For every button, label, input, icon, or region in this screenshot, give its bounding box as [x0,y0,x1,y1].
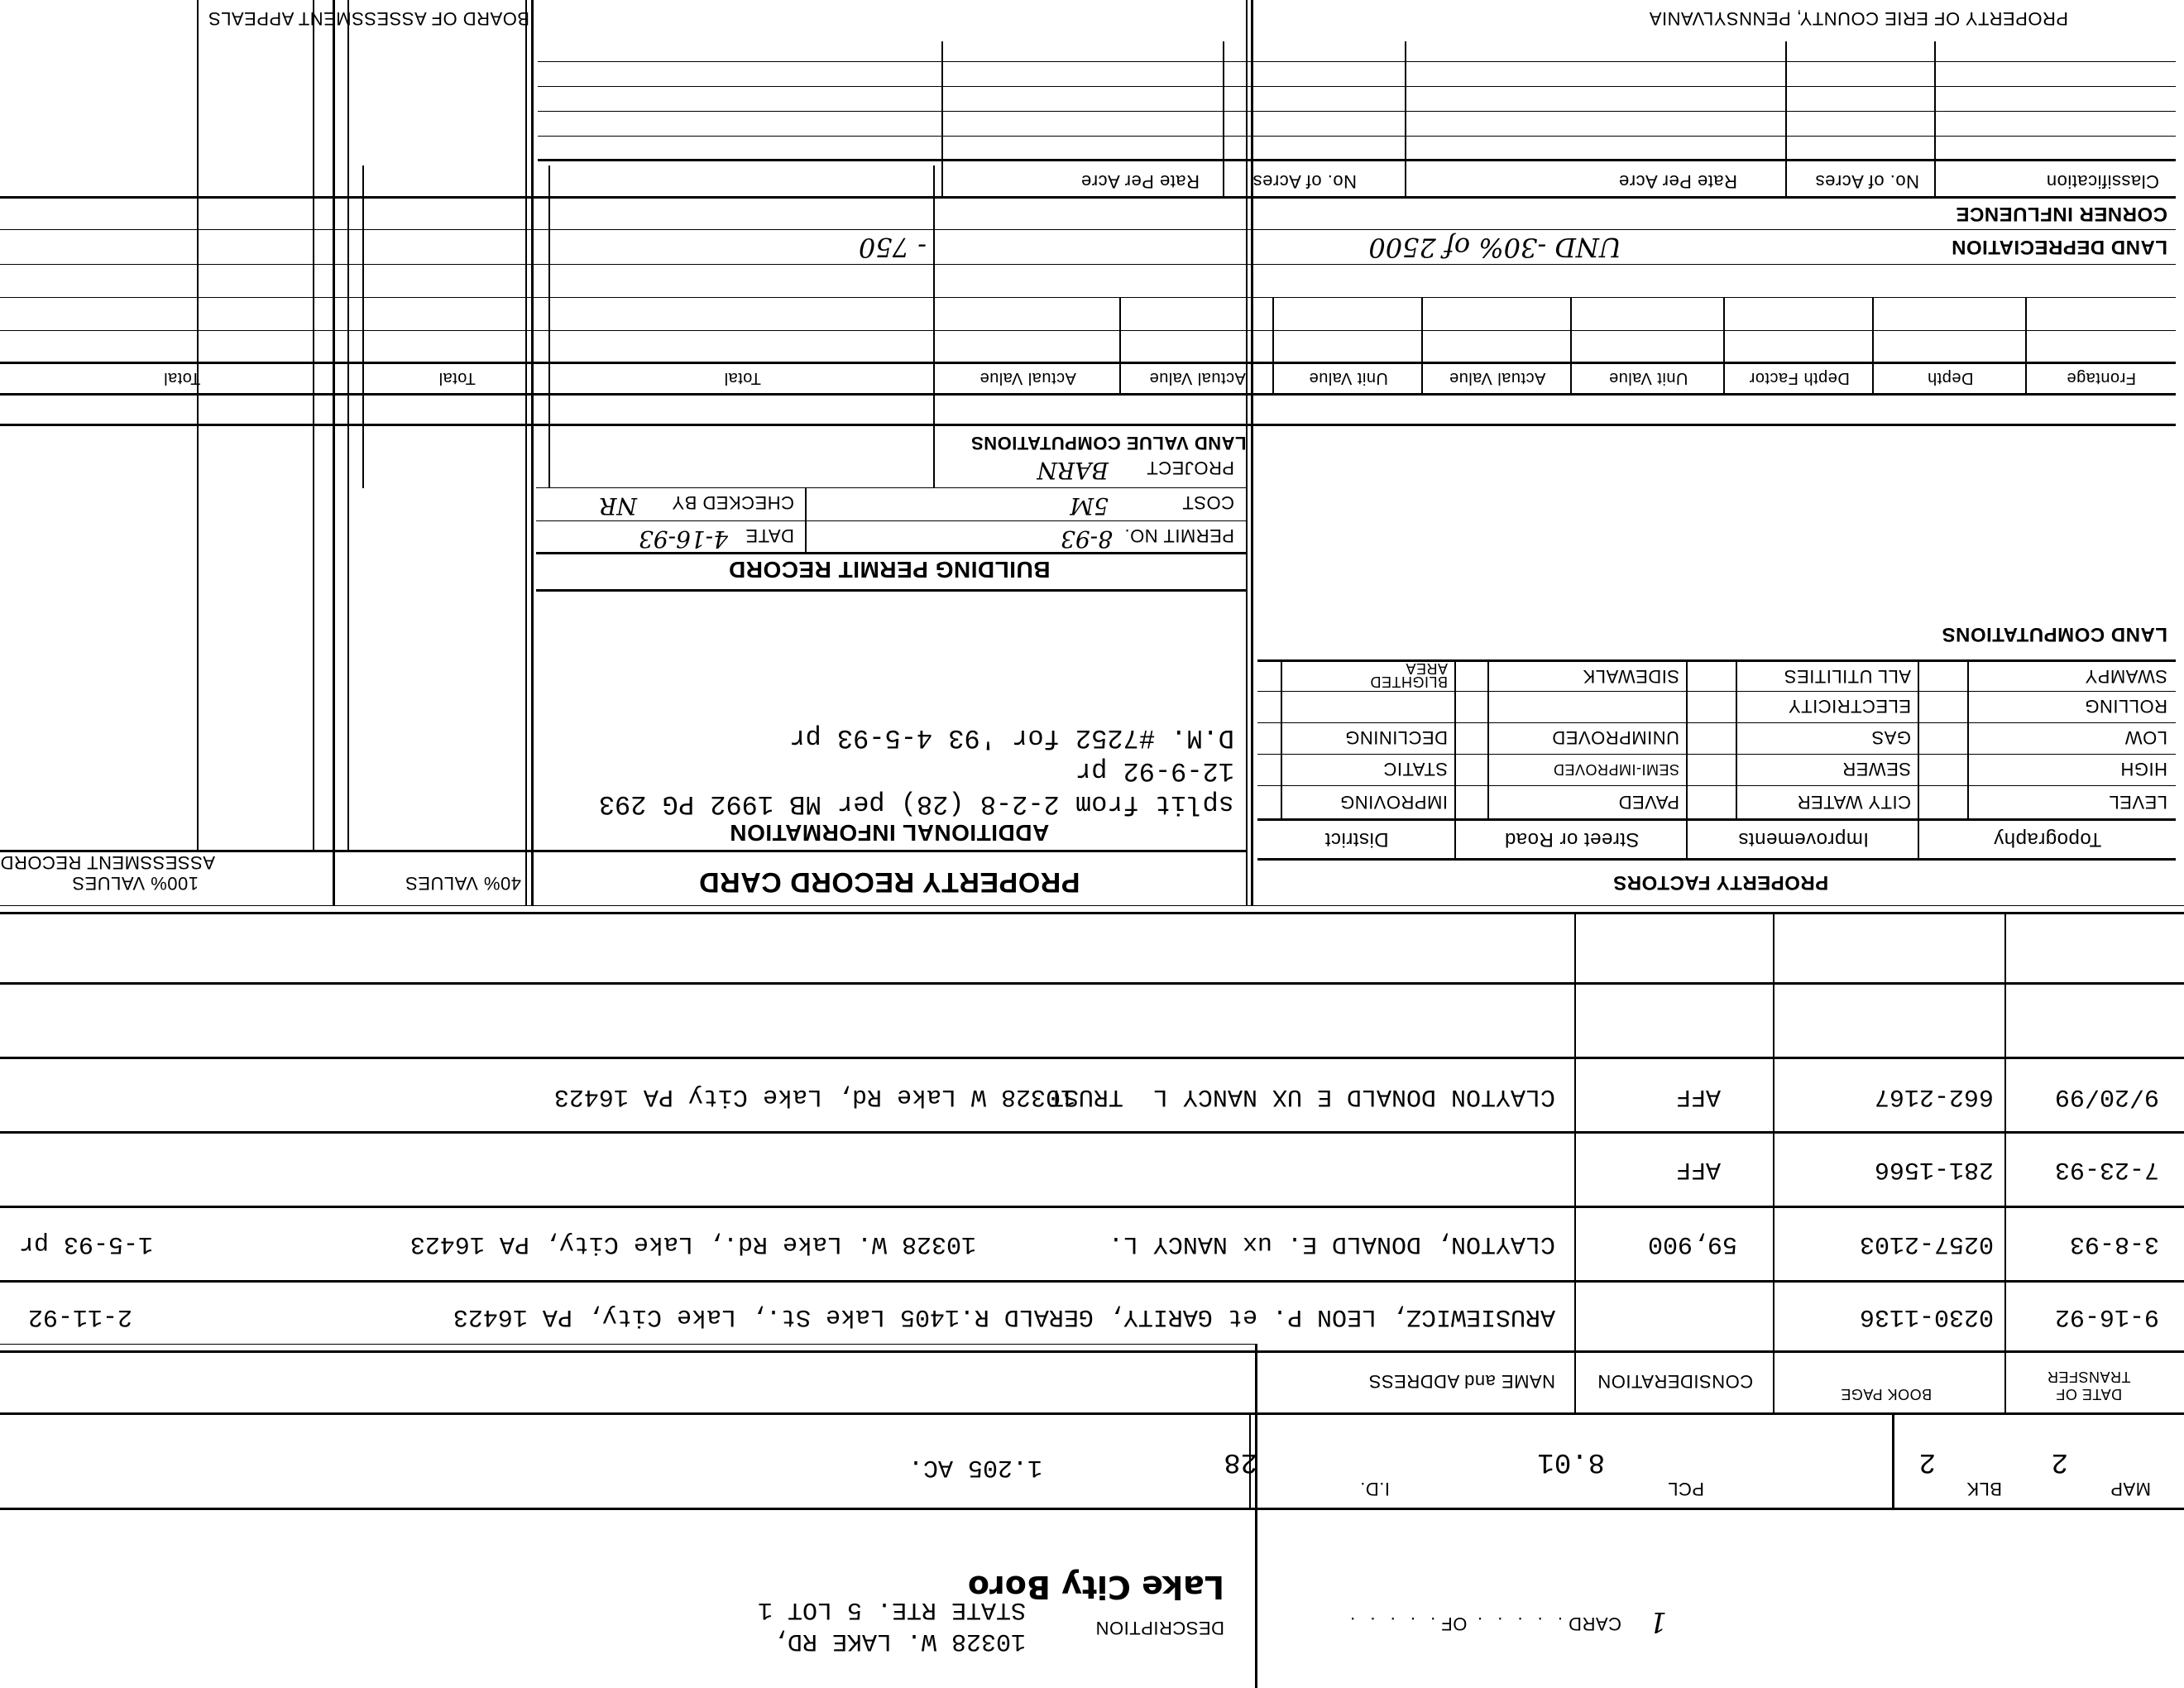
factor-unimproved: UNIMPROVED [1552,727,1679,748]
factor-rolling: ROLLING [2085,695,2167,717]
permit-date-label: DATE [745,525,794,546]
description-line-1: 10328 W. LAKE RD, [773,1627,1026,1655]
factors-col-improvements: Improvements [1688,827,1919,851]
transfer-date: 3-8-93 [2070,1230,2159,1258]
name-address-header: NAME and ADDRESS [1368,1370,1555,1392]
transfer-consideration: AFF [1676,1082,1721,1110]
transfer-name: ARUSIEWICZ, LEON P. et GARITY, GERALD R. [960,1302,1555,1331]
project-value: BARN [1037,457,1109,484]
property-record-card: CARD . . . . . OF . . . . . 1 Lake City … [0,0,2184,1688]
id-label: I.D. [1360,1478,1390,1499]
factor-city-water: CITY WATER [1797,791,1911,813]
checked-by-value: NR [599,492,637,520]
map-label: MAP [2110,1478,2151,1499]
cost-value: 5M [1070,492,1109,520]
pcl-label: PCL [1668,1478,1704,1499]
project-label: PROJECT [1147,457,1234,478]
lvc-header-depth-factor: Depth Factor [1725,368,1874,387]
land-computations-title: LAND COMPUTATIONS [1942,622,2167,645]
factor-declining: DECLINING [1345,727,1448,748]
blk-value: 2 [1919,1446,1936,1477]
factor-electricity: ELECTRICITY [1788,695,1911,717]
transfer-note: 2-11-92 [28,1302,132,1331]
assessment-record-title: ASSESSMENT RECORD [0,851,215,873]
acreage-header-acres-2: No. of Acres [1252,170,1357,192]
county-caption: PROPERTY OF ERIE COUNTY, PENNSYLVANIA [1649,7,2068,29]
appeals-caption: BOARD OF ASSESSMENT APPEALS [208,7,529,29]
property-factors-title: PROPERTY FACTORS [1257,870,2184,894]
values-40-label: 40% VALUES [405,872,521,894]
description-label-text: DESCRIPTION [1095,1618,1224,1638]
lvc-header-total-1: Total [550,368,935,387]
description-block: DESCRIPTION [66,1650,1224,1671]
factor-sidewalk: SIDEWALK [1583,665,1679,687]
date-of-transfer-header: DATE OF TRANSFER [2019,1368,2159,1403]
transfer-address: 10328 W Lake Rd, Lake City PA 16423 [554,1082,1075,1110]
checked-by-label: CHECKED BY [672,492,794,513]
building-permit-title: BUILDING PERMIT RECORD [534,556,1245,583]
land-value-computations-title: LAND VALUE COMPUTATIONS [695,432,1522,453]
permit-no-value: 8-93 [1061,525,1113,553]
transfer-book-page: 662-2167 [1875,1082,1994,1110]
factor-static: STATIC [1383,758,1448,779]
transfer-consideration: 59,900 [1648,1230,1737,1258]
acreage-header-rate-1: Rate Per Acre [1619,170,1737,192]
land-depreciation-note: UND -30% of 2500 [1368,232,1621,263]
of-label-text: OF [1441,1614,1468,1634]
land-depreciation-amount: - 750 [859,232,927,263]
pcl-value: 8.01 [1537,1446,1605,1477]
card-label-text: CARD [1569,1614,1621,1634]
values-100-label: 100% VALUES [72,872,199,894]
lvc-header-unit-value: Unit Value [1572,368,1725,387]
corner-influence-label: CORNER INFLUENCE [1956,202,2167,225]
lvc-header-unit-value-2: Unit Value [1274,368,1423,387]
consideration-header: CONSIDERATION [1580,1370,1770,1392]
lvc-header-total-2: Total [364,368,550,387]
factors-col-street: Street or Road [1456,827,1688,851]
blk-label: BLK [1966,1478,2002,1499]
factors-col-topography: Topography [1919,827,2176,851]
transfer-consideration: AFF [1676,1155,1721,1183]
additional-info-line-2: 12-9-92 pr [1075,755,1234,786]
transfer-note: 1-5-93 pr [19,1230,153,1258]
description-line-2: STATE RTE. 5 LOT 1 [758,1595,1026,1623]
transfer-address: 10328 W. Lake Rd., Lake City, PA 16423 [410,1230,976,1258]
card-label: CARD . . . . . OF . . . . . [1345,1613,1621,1634]
transfer-date: 7-23-93 [2055,1155,2159,1183]
additional-info-line-1: split from 2-2-8 (28) per MB 1992 PG 293 [599,789,1234,819]
factor-blighted-area: BLIGHTED AREA [1340,662,1448,688]
transfer-date: 9-16-92 [2055,1302,2159,1331]
factor-gas: GAS [1871,727,1911,748]
lvc-header-total-3: Total [0,368,364,387]
transfer-name: CLAYTON, DONALD E. ux NANCY L. [1109,1230,1555,1258]
factor-all-utilities: ALL UTILITIES [1784,665,1911,687]
book-page-header: BOOK PAGE [1837,1385,1936,1403]
transfer-book-page: 0257-2103 [1860,1230,1994,1258]
lvc-header-frontage: Frontage [2027,368,2176,387]
acreage-header-classification: Classification [2046,170,2159,192]
factor-level: LEVEL [2109,791,2167,813]
acreage-header-acres-1: No. of Acres [1815,170,1919,192]
acreage-note: 1.205 AC. [908,1453,1042,1481]
card-number: 1 [1649,1605,1667,1638]
factor-semi-improved: SEMI-IMPROVED [1553,760,1679,778]
transfer-date: 9/20/99 [2055,1082,2159,1110]
additional-info-line-3: D.M. #7252 for '93 4-5-93 pr [789,722,1234,753]
lvc-header-actual-value-2: Actual Value [1121,368,1274,387]
permit-no-label: PERMIT NO. [1124,525,1234,546]
transfer-book-page: 0230-1136 [1860,1302,1994,1331]
factors-col-district: District [1257,827,1456,851]
additional-info-title: ADDITIONAL INFORMATION [534,819,1245,846]
factor-low: LOW [2124,727,2167,748]
factor-paved: PAVED [1618,791,1679,813]
factor-sewer: SEWER [1842,758,1911,779]
transfer-address: 1405 Lake St., Lake City, PA 16423 [453,1302,960,1331]
permit-date-value: 4-16-93 [639,525,728,553]
factor-improving: IMPROVING [1340,791,1448,813]
lvc-header-actual-value-3: Actual Value [935,368,1121,387]
factor-high: HIGH [2120,758,2167,779]
factor-swampy: SWAMPY [2085,665,2167,687]
transfer-name: CLAYTON DONALD E UX NANCY L TRUST [1049,1082,1555,1110]
cost-label: COST [1182,492,1234,513]
lvc-header-actual-value: Actual Value [1423,368,1572,387]
id-value: 28 [1224,1446,1257,1477]
lvc-header-depth: Depth [1874,368,2027,387]
record-card-title: PROPERTY RECORD CARD [534,866,1245,898]
transfer-book-page: 281-1566 [1875,1155,1994,1183]
acreage-header-rate-2: Rate Per Acre [1081,170,1200,192]
land-depreciation-label: LAND DEPRECIATION [1952,235,2167,258]
map-value: 2 [2052,1446,2068,1477]
